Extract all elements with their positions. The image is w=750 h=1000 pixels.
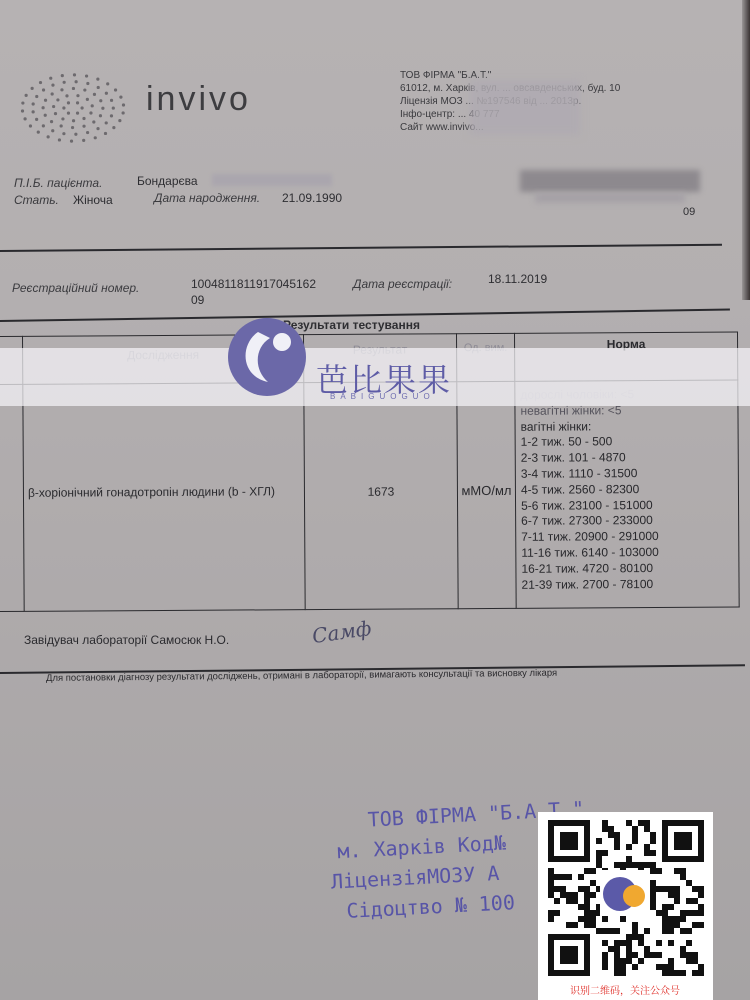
registration-number-suffix: 09 <box>191 293 204 307</box>
registration-date-value: 18.11.2019 <box>488 272 547 286</box>
norm-line: 6-7 тиж. 27300 - 233000 <box>521 513 737 530</box>
qr-caption: 识别二维码，关注公众号 <box>540 982 710 997</box>
watermark-subtext: BABIGUOGUO <box>330 392 435 401</box>
redaction-blur <box>212 174 332 186</box>
patient-name-value: Бондарєва <box>137 174 198 188</box>
paper-edge-shadow <box>742 0 750 300</box>
patient-name-label: П.І.Б. пацієнта. <box>14 176 102 190</box>
redaction-blur <box>520 170 700 192</box>
divider <box>0 244 722 252</box>
registration-number-label: Реєстраційний номер. <box>12 281 139 295</box>
norm-line: 16-21 тиж. 4720 - 80100 <box>521 560 737 577</box>
norm-line: 21-39 тиж. 2700 - 78100 <box>521 576 737 593</box>
norm-line: 5-6 тиж. 23100 - 151000 <box>521 497 737 514</box>
patient-id-suffix: 09 <box>683 206 695 218</box>
redaction-blur <box>535 193 685 203</box>
norm-line: 1-2 тиж. 50 - 500 <box>521 434 737 451</box>
head-of-lab: Завідувач лабораторії Самосюк Н.О. <box>24 633 229 647</box>
norm-line: 4-5 тиж. 2560 - 82300 <box>521 481 737 498</box>
registration-number-value: 1004811811917045162 <box>191 277 316 291</box>
qr-code[interactable] <box>538 812 713 1000</box>
norm-line: вагітні жінки: <box>521 418 737 435</box>
norm-line: 2-3 тиж. 101 - 4870 <box>521 450 737 467</box>
norm-line: 11-16 тиж. 6140 - 103000 <box>521 544 737 561</box>
dob-label: Дата народження. <box>154 191 260 205</box>
reference-norms: дорослі чоловіки: <5невагітні жінки: <5в… <box>516 386 737 593</box>
brand-name: invivo <box>146 80 251 119</box>
sex-label: Стать. <box>14 193 59 207</box>
babiguoguo-logo-icon <box>228 318 306 396</box>
dob-value: 21.09.1990 <box>282 191 342 205</box>
sex-value: Жіноча <box>73 193 113 207</box>
test-result: 1673 <box>304 382 458 610</box>
table-row: β-хоріонічний гонадотропін людини (b - Х… <box>0 380 739 612</box>
norm-line: 7-11 тиж. 20900 - 291000 <box>521 529 737 546</box>
norm-line: 3-4 тиж. 1110 - 31500 <box>521 465 737 482</box>
redaction-blur <box>470 80 580 135</box>
test-unit: мМО/мл <box>457 381 516 608</box>
test-name: β-хоріонічний гонадотропін людини (b - Х… <box>23 383 305 612</box>
registration-date-label: Дата реєстрації: <box>353 277 452 291</box>
signature: Самф <box>311 616 373 648</box>
invivo-dots-logo-icon <box>18 68 133 148</box>
